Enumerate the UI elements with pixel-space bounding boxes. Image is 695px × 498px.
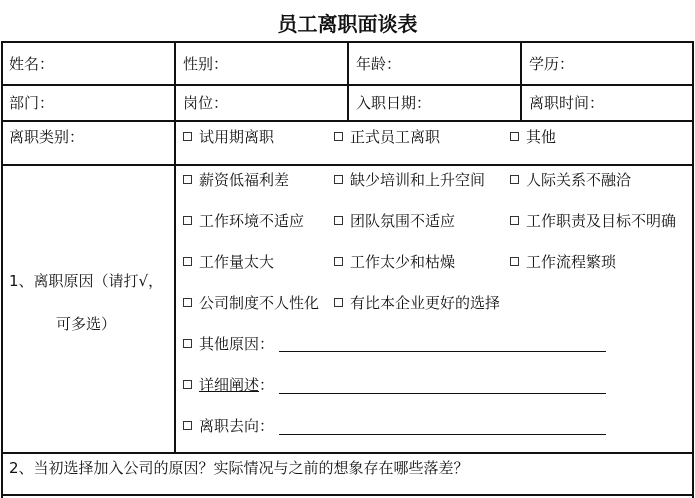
- column-divider: [174, 41, 176, 454]
- detail-option[interactable]: 详细阐述：: [183, 376, 274, 394]
- reason-option[interactable]: 人际关系不融洽: [510, 171, 631, 189]
- hire-date-label: 入职日期：: [356, 94, 431, 112]
- table-border-right: [692, 41, 694, 498]
- reasons-label-line2: 可多选）: [56, 315, 116, 333]
- checkbox-icon[interactable]: [334, 298, 343, 307]
- row-divider: [1, 494, 694, 496]
- reason-option[interactable]: 工作量太大: [183, 253, 274, 271]
- leave-type-option-probation[interactable]: 试用期离职: [183, 128, 274, 146]
- checkbox-icon[interactable]: [510, 257, 519, 266]
- checkbox-icon[interactable]: [183, 216, 192, 225]
- checkbox-icon[interactable]: [183, 132, 192, 141]
- reason-option[interactable]: 有比本企业更好的选择: [334, 294, 500, 312]
- gender-label: 性别：: [183, 55, 228, 73]
- reason-option[interactable]: 公司制度不人性化: [183, 294, 319, 312]
- row-divider: [1, 452, 694, 454]
- leave-type-label: 离职类别：: [9, 128, 84, 146]
- reason-option[interactable]: 工作职责及目标不明确: [510, 212, 676, 230]
- column-divider: [347, 41, 349, 122]
- destination-input-line[interactable]: [279, 434, 606, 435]
- reason-option[interactable]: 工作太少和枯燥: [334, 253, 455, 271]
- checkbox-icon[interactable]: [334, 175, 343, 184]
- reason-option[interactable]: 团队氛围不适应: [334, 212, 455, 230]
- destination-option[interactable]: 离职去向：: [183, 417, 274, 435]
- checkbox-icon[interactable]: [510, 216, 519, 225]
- checkbox-icon[interactable]: [183, 298, 192, 307]
- checkbox-icon[interactable]: [183, 339, 192, 348]
- column-divider: [520, 41, 522, 122]
- reasons-label-line1: 1、离职原因（请打√，: [9, 272, 163, 290]
- education-label: 学历：: [529, 55, 574, 73]
- page-title: 员工离职面谈表: [0, 8, 695, 37]
- department-label: 部门：: [9, 94, 54, 112]
- checkbox-icon[interactable]: [334, 132, 343, 141]
- checkbox-icon[interactable]: [183, 421, 192, 430]
- other-reason-input-line[interactable]: [279, 351, 606, 352]
- checkbox-icon[interactable]: [183, 175, 192, 184]
- leave-type-option-formal[interactable]: 正式员工离职: [334, 128, 440, 146]
- leave-type-option-other[interactable]: 其他: [510, 128, 556, 146]
- table-border-left: [1, 41, 3, 498]
- reason-option[interactable]: 工作流程繁琐: [510, 253, 616, 271]
- row-divider: [1, 164, 694, 166]
- leave-date-label: 离职时间：: [529, 94, 604, 112]
- position-label: 岗位：: [183, 94, 228, 112]
- age-label: 年龄：: [356, 55, 401, 73]
- checkbox-icon[interactable]: [334, 216, 343, 225]
- checkbox-icon[interactable]: [183, 257, 192, 266]
- other-reason-option[interactable]: 其他原因：: [183, 335, 274, 353]
- detail-input-line[interactable]: [279, 393, 606, 394]
- checkbox-icon[interactable]: [183, 380, 192, 389]
- question-2: 2、当初选择加入公司的原因？实际情况与之前的想象存在哪些落差？: [9, 459, 469, 477]
- reason-option[interactable]: 工作环境不适应: [183, 212, 304, 230]
- reason-option[interactable]: 缺少培训和上升空间: [334, 171, 485, 189]
- checkbox-icon[interactable]: [510, 132, 519, 141]
- checkbox-icon[interactable]: [510, 175, 519, 184]
- name-label: 姓名：: [9, 55, 54, 73]
- reason-option[interactable]: 薪资低福利差: [183, 171, 289, 189]
- checkbox-icon[interactable]: [334, 257, 343, 266]
